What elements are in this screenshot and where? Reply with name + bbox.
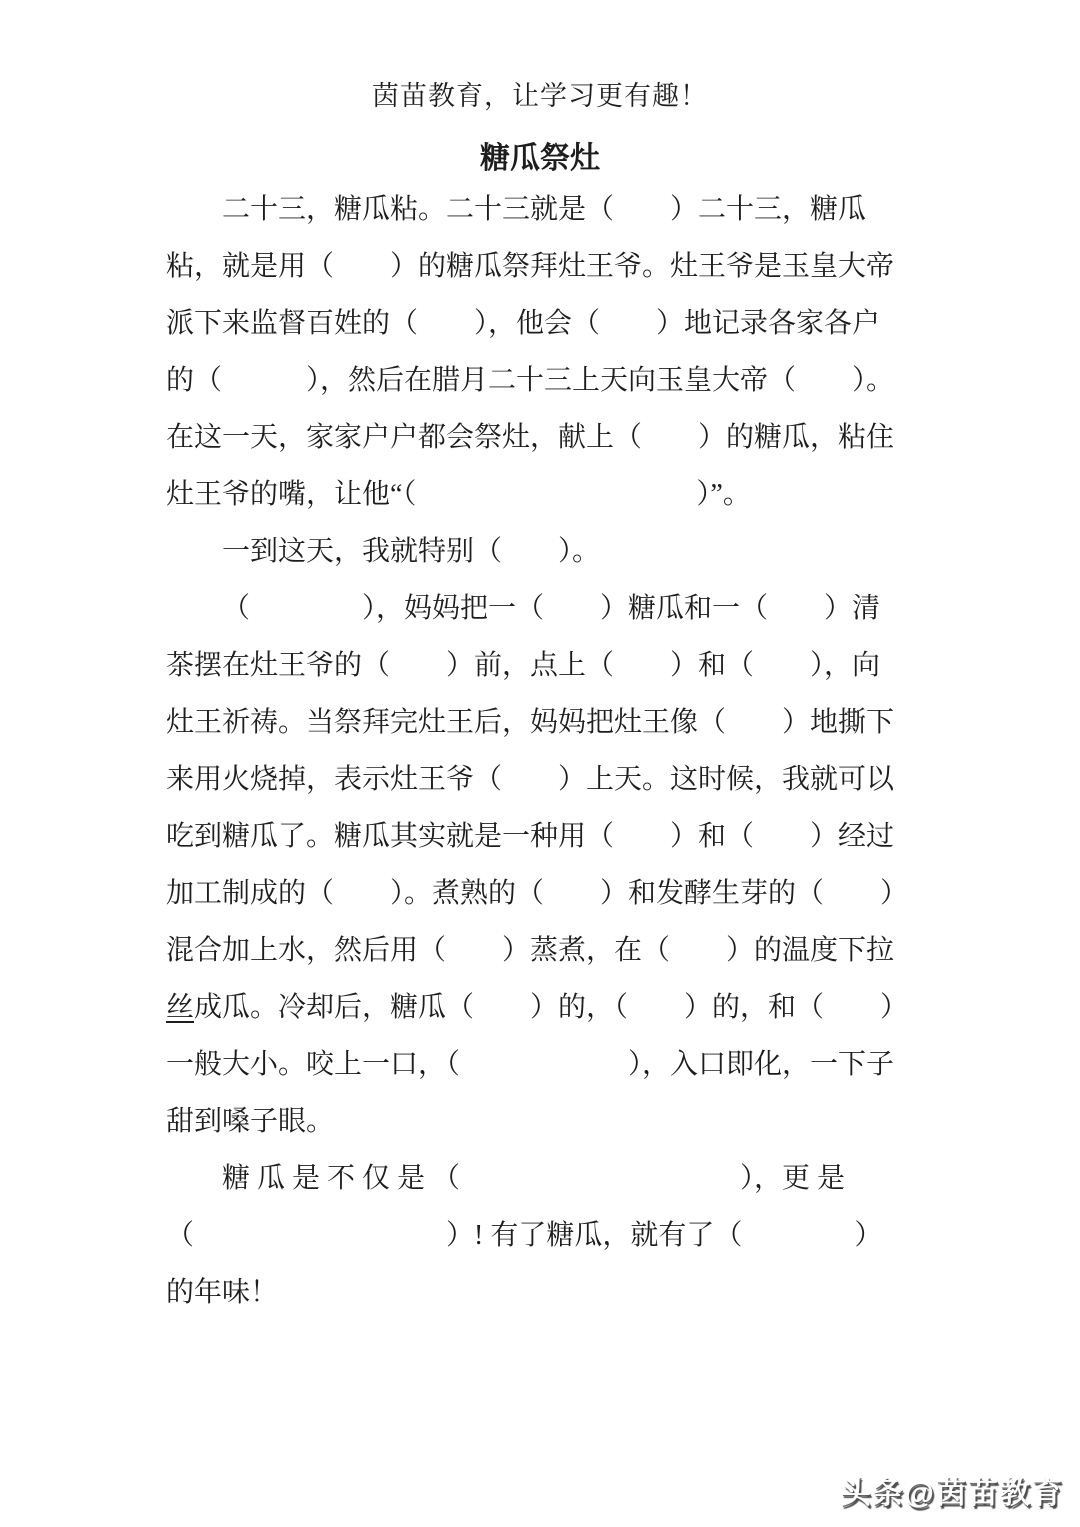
text-line: 吃到糖瓜了。糖瓜其实就是一种用（ ）和（ ）经过 — [166, 808, 926, 865]
text-segment: 加工制成的（ ）。煮熟的（ ）和发酵生芽的（ ） — [166, 878, 908, 909]
text-segment: 的年味！ — [166, 1277, 278, 1308]
text-segment: 一到这天，我就特别（ ）。 — [222, 536, 600, 567]
text-line: 派下来监督百姓的（ ），他会（ ）地记录各家各户 — [166, 295, 926, 352]
text-segment: 在这一天，家家户户都会祭灶，献上（ ）的糖瓜，粘住 — [166, 422, 894, 453]
page-header: 茵苗教育，让学习更有趣！ — [0, 78, 1080, 114]
text-segment: 粘，就是用（ ）的糖瓜祭拜灶王爷。灶王爷是玉皇大帝 — [166, 251, 894, 282]
text-line: 来用火烧掉，表示灶王爷（ ）上天。这时候，我就可以 — [166, 751, 926, 808]
underlined-char: 丝 — [166, 992, 194, 1023]
text-segment: 成瓜。冷却后，糖瓜（ ）的，（ ）的，和（ ） — [194, 992, 908, 1023]
text-segment: 灶王爷的嘴，让他“（ ）”。 — [166, 479, 751, 510]
text-segment: 糖 瓜 是 不 仅 是 （ ），更 是 — [222, 1163, 845, 1194]
text-line: 灶王祈祷。当祭拜完灶王后，妈妈把灶王像（ ）地撕下 — [166, 694, 926, 751]
text-segment: 茶摆在灶王爷的（ ）前，点上（ ）和（ ），向 — [166, 650, 880, 681]
text-line: 一般大小。咬上一口，（ ），入口即化，一下子 — [166, 1036, 926, 1093]
text-segment: 灶王祈祷。当祭拜完灶王后，妈妈把灶王像（ ）地撕下 — [166, 707, 894, 738]
watermark: 头条@茵苗教育 — [841, 1468, 1064, 1512]
text-segment: 来用火烧掉，表示灶王爷（ ）上天。这时候，我就可以 — [166, 764, 894, 795]
text-line: 加工制成的（ ）。煮熟的（ ）和发酵生芽的（ ） — [166, 865, 926, 922]
page-title: 糖瓜祭灶 — [0, 139, 1080, 179]
text-line: 甜到嗓子眼。 — [166, 1093, 926, 1150]
text-line: （ ），妈妈把一（ ）糖瓜和一（ ）清 — [166, 580, 926, 637]
text-segment: 甜到嗓子眼。 — [166, 1106, 334, 1137]
text-line: 的（ ），然后在腊月二十三上天向玉皇大帝（ ）。 — [166, 352, 926, 409]
text-line: 糖 瓜 是 不 仅 是 （ ），更 是 — [166, 1150, 926, 1207]
text-segment: 混合加上水，然后用（ ）蒸煮，在（ ）的温度下拉 — [166, 935, 894, 966]
text-line: 一到这天，我就特别（ ）。 — [166, 523, 926, 580]
text-line: 粘，就是用（ ）的糖瓜祭拜灶王爷。灶王爷是玉皇大帝 — [166, 238, 926, 295]
text-line: 灶王爷的嘴，让他“（ ）”。 — [166, 466, 926, 523]
text-segment: 二十三，糖瓜粘。二十三就是（ ）二十三，糖瓜 — [222, 194, 866, 225]
text-line: 的年味！ — [166, 1264, 926, 1321]
text-line: （ ）! 有了糖瓜，就有了（ ） — [166, 1207, 926, 1264]
text-segment: 的（ ），然后在腊月二十三上天向玉皇大帝（ ）。 — [166, 365, 894, 396]
document-body: 二十三，糖瓜粘。二十三就是（ ）二十三，糖瓜粘，就是用（ ）的糖瓜祭拜灶王爷。灶… — [166, 181, 926, 1321]
text-segment: （ ），妈妈把一（ ）糖瓜和一（ ）清 — [222, 593, 880, 624]
text-line: 混合加上水，然后用（ ）蒸煮，在（ ）的温度下拉 — [166, 922, 926, 979]
text-line: 丝成瓜。冷却后，糖瓜（ ）的，（ ）的，和（ ） — [166, 979, 926, 1036]
text-line: 茶摆在灶王爷的（ ）前，点上（ ）和（ ），向 — [166, 637, 926, 694]
text-segment: （ ）! 有了糖瓜，就有了（ ） — [166, 1220, 882, 1251]
text-line: 在这一天，家家户户都会祭灶，献上（ ）的糖瓜，粘住 — [166, 409, 926, 466]
text-segment: 一般大小。咬上一口，（ ），入口即化，一下子 — [166, 1049, 894, 1080]
text-segment: 吃到糖瓜了。糖瓜其实就是一种用（ ）和（ ）经过 — [166, 821, 894, 852]
text-segment: 派下来监督百姓的（ ），他会（ ）地记录各家各户 — [166, 308, 880, 339]
text-line: 二十三，糖瓜粘。二十三就是（ ）二十三，糖瓜 — [166, 181, 926, 238]
